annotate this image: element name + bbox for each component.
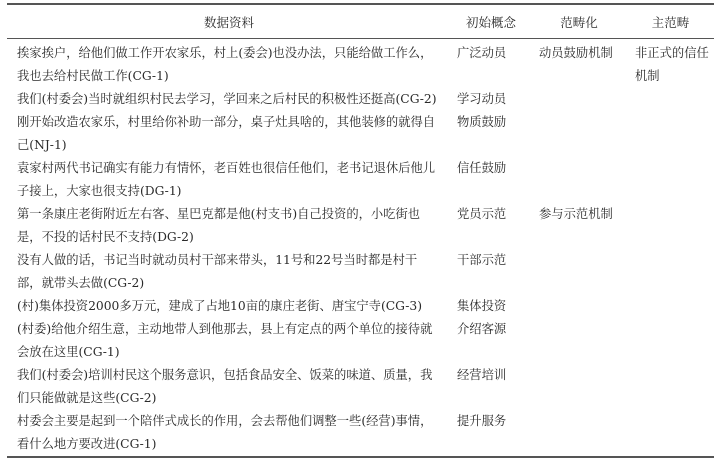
table-row: (村)集体投资2000多万元，建成了占地10亩的康庄老街、唐宝宁寺(CG-3) … [7, 295, 714, 318]
concept-cell: 广泛动员 [451, 42, 531, 88]
table-row: 我们(村委会)培训村民这个服务意识，包括食品安全、饭菜的味道、质量，我们只能做就… [7, 364, 714, 410]
table-row: 村委会主要是起到一个陪伴式成长的作用，会去帮他们调整一些(经营)事情，看什么地方… [7, 410, 714, 456]
data-cell: (村委)给他介绍生意，主动地带人到他那去，县上有定点的两个单位的接待就会放在这里… [7, 318, 451, 364]
table-row: 没有人做的话，书记当时就动员村干部来带头，11号和22号当时都是村干部，就带头去… [7, 249, 714, 295]
category-cell [531, 249, 627, 295]
data-cell: 村委会主要是起到一个陪伴式成长的作用，会去帮他们调整一些(经营)事情，看什么地方… [7, 410, 451, 456]
main-category-cell [627, 295, 714, 318]
category-cell [531, 410, 627, 456]
data-cell: 袁家村两代书记确实有能力有情怀，老百姓也很信任他们，老书记退休后他儿子接上，大家… [7, 157, 451, 203]
main-category-cell [627, 157, 714, 203]
data-cell: 我们(村委会)培训村民这个服务意识，包括食品安全、饭菜的味道、质量，我们只能做就… [7, 364, 451, 410]
table-header: 数据资料 初始概念 范畴化 主范畴 [7, 5, 714, 38]
table-row: 挨家挨户，给他们做工作开农家乐，村上(委会)也没办法，只能给做工作么，我也去给村… [7, 42, 714, 88]
table-body: 挨家挨户，给他们做工作开农家乐，村上(委会)也没办法，只能给做工作么，我也去给村… [7, 39, 714, 456]
category-cell [531, 88, 627, 111]
category-cell [531, 157, 627, 203]
header-data: 数据资料 [7, 13, 451, 31]
table-row: 我们(村委会)当时就组织村民去学习，学回来之后村民的积极性还挺高(CG-2) 学… [7, 88, 714, 111]
concept-cell: 党员示范 [451, 203, 531, 249]
data-cell: 没有人做的话，书记当时就动员村干部来带头，11号和22号当时都是村干部，就带头去… [7, 249, 451, 295]
table-row: 袁家村两代书记确实有能力有情怀，老百姓也很信任他们，老书记退休后他儿子接上，大家… [7, 157, 714, 203]
concept-cell: 介绍客源 [451, 318, 531, 364]
data-cell: 刚开始改造农家乐，村里给你补助一部分，桌子灶具啥的，其他装修的就得自己(NJ-1… [7, 111, 451, 157]
category-cell [531, 318, 627, 364]
data-cell: 挨家挨户，给他们做工作开农家乐，村上(委会)也没办法，只能给做工作么，我也去给村… [7, 42, 451, 88]
concept-cell: 干部示范 [451, 249, 531, 295]
main-category-cell [627, 410, 714, 456]
table-row: 刚开始改造农家乐，村里给你补助一部分，桌子灶具啥的，其他装修的就得自己(NJ-1… [7, 111, 714, 157]
table-row: 第一条康庄老街附近左右客、星巴克都是他(村支书)自己投资的，小吃街也是，不投的话… [7, 203, 714, 249]
data-cell: (村)集体投资2000多万元，建成了占地10亩的康庄老街、唐宝宁寺(CG-3) [7, 295, 451, 318]
concept-cell: 经营培训 [451, 364, 531, 410]
concept-cell: 信任鼓励 [451, 157, 531, 203]
concept-cell: 提升服务 [451, 410, 531, 456]
concept-cell: 物质鼓励 [451, 111, 531, 157]
data-cell: 第一条康庄老街附近左右客、星巴克都是他(村支书)自己投资的，小吃街也是，不投的话… [7, 203, 451, 249]
header-category: 范畴化 [531, 13, 627, 31]
main-category-cell [627, 364, 714, 410]
category-cell: 动员鼓励机制 [531, 42, 627, 88]
main-category-cell [627, 88, 714, 111]
bottom-rule [7, 456, 714, 458]
main-category-cell [627, 203, 714, 249]
data-cell: 我们(村委会)当时就组织村民去学习，学回来之后村民的积极性还挺高(CG-2) [7, 88, 451, 111]
category-cell [531, 295, 627, 318]
concept-cell: 学习动员 [451, 88, 531, 111]
category-cell [531, 364, 627, 410]
main-category-cell: 非正式的信任机制 [627, 42, 714, 88]
header-main-category: 主范畴 [627, 13, 714, 31]
concept-cell: 集体投资 [451, 295, 531, 318]
main-category-cell [627, 318, 714, 364]
main-category-cell [627, 249, 714, 295]
category-cell: 参与示范机制 [531, 203, 627, 249]
coding-table: 数据资料 初始概念 范畴化 主范畴 挨家挨户，给他们做工作开农家乐，村上(委会)… [7, 3, 714, 458]
header-concept: 初始概念 [451, 13, 531, 31]
category-cell [531, 111, 627, 157]
table-row: (村委)给他介绍生意，主动地带人到他那去，县上有定点的两个单位的接待就会放在这里… [7, 318, 714, 364]
main-category-cell [627, 111, 714, 157]
